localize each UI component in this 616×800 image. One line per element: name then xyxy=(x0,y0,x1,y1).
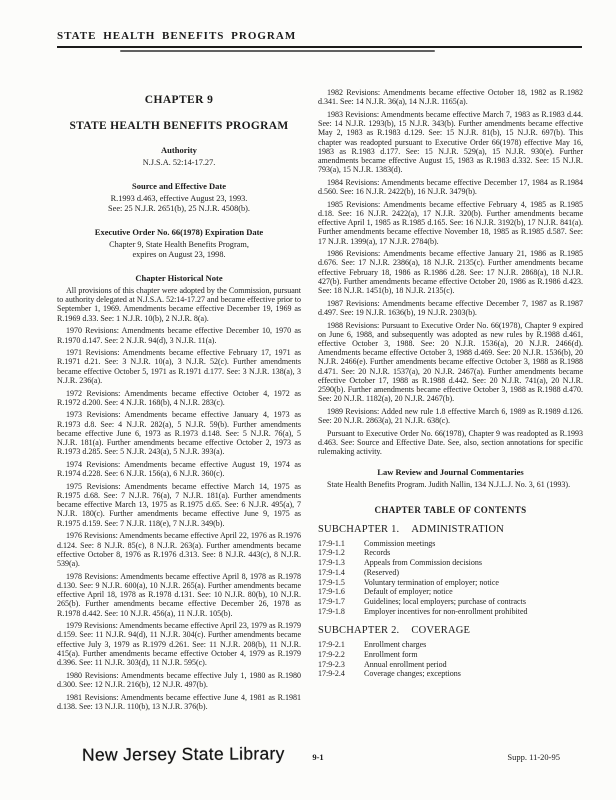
toc-entry-title: Records xyxy=(364,548,583,558)
toc-entry-number: 17:9-2.1 xyxy=(318,640,364,650)
toc-entry-number: 17:9-1.1 xyxy=(318,539,364,549)
toc-entry-title: Guidelines; local employers; purchase of… xyxy=(364,597,583,607)
source-line-1: R.1993 d.463, effective August 23, 1993. xyxy=(57,194,301,204)
toc-entry: 17:9-1.3Appeals from Commission decision… xyxy=(318,558,583,568)
revisions-paragraph-1972: 1972 Revisions: Amendments became effect… xyxy=(57,389,301,407)
left-column: CHAPTER 9 STATE HEALTH BENEFITS PROGRAM … xyxy=(57,86,301,715)
subchapter-1-title: SUBCHAPTER 1.ADMINISTRATION xyxy=(318,524,583,535)
toc-entry: 17:9-1.7Guidelines; local employers; pur… xyxy=(318,597,583,607)
law-review-heading: Law Review and Journal Commentaries xyxy=(318,467,583,477)
revisions-paragraph-1973: 1973 Revisions: Amendments became effect… xyxy=(57,410,301,456)
toc-entry-number: 17:9-1.8 xyxy=(318,607,364,617)
toc-entry: 17:9-1.2Records xyxy=(318,548,583,558)
executive-order-expiration-heading: Executive Order No. 66(1978) Expiration … xyxy=(57,227,301,237)
toc-entry-number: 17:9-1.5 xyxy=(318,578,364,588)
authority-citation: N.J.S.A. 52:14-17.27. xyxy=(57,158,301,168)
toc-entry-title: Enrollment charges xyxy=(364,640,583,650)
revisions-paragraph-1989: 1989 Revisions: Added new rule 1.8 effec… xyxy=(318,407,583,425)
expiration-line-1: Chapter 9, State Health Benefits Program… xyxy=(57,240,301,250)
toc-entry-title: Commission meetings xyxy=(364,539,583,549)
chapter-number-heading: CHAPTER 9 xyxy=(57,94,301,106)
revisions-paragraph-1981: 1981 Revisions: Amendments became effect… xyxy=(57,693,301,711)
right-column: 1982 Revisions: Amendments became effect… xyxy=(318,86,583,715)
toc-entry-title: (Reserved) xyxy=(364,568,583,578)
header-rule xyxy=(57,46,582,48)
toc-entry: 17:9-2.1Enrollment charges xyxy=(318,640,583,650)
toc-entry-number: 17:9-2.2 xyxy=(318,650,364,660)
revisions-paragraph-1980: 1980 Revisions: Amendments became effect… xyxy=(57,671,301,689)
toc-entry: 17:9-2.4Coverage changes; exceptions xyxy=(318,669,583,679)
readoption-paragraph: Pursuant to Executive Order No. 66(1978)… xyxy=(318,429,583,457)
historical-note-paragraph: All provisions of this chapter were adop… xyxy=(57,286,301,323)
toc-entry: 17:9-2.2Enrollment form xyxy=(318,650,583,660)
revisions-paragraph-1979: 1979 Revisions: Amendments became effect… xyxy=(57,621,301,667)
toc-entry: 17:9-1.8Employer incentives for non-enro… xyxy=(318,607,583,617)
revisions-paragraph-1984: 1984 Revisions: Amendments became effect… xyxy=(318,178,583,196)
source-line-2: See: 25 N.J.R. 2651(b), 25 N.J.R. 4508(b… xyxy=(57,204,301,214)
revisions-paragraph-1974: 1974 Revisions: Amendments became effect… xyxy=(57,460,301,478)
toc-entry-title: Employer incentives for non-enrollment p… xyxy=(364,607,583,617)
toc-entry-title: Appeals from Commission decisions xyxy=(364,558,583,568)
subchapter-2-name: COVERAGE xyxy=(411,625,470,636)
toc-entry-number: 17:9-1.4 xyxy=(318,568,364,578)
revisions-paragraph-1985: 1985 Revisions: Amendments became effect… xyxy=(318,200,583,246)
law-review-citation: State Health Benefits Program. Judith Na… xyxy=(318,480,583,489)
toc-entry: 17:9-2.3Annual enrollment period xyxy=(318,660,583,670)
toc-entry-number: 17:9-1.3 xyxy=(318,558,364,568)
toc-entry-number: 17:9-1.2 xyxy=(318,548,364,558)
document-page: STATE HEALTH BENEFITS PROGRAM CHAPTER 9 … xyxy=(0,0,616,800)
toc-entry: 17:9-1.5Voluntary termination of employe… xyxy=(318,578,583,588)
toc-entry-title: Annual enrollment period xyxy=(364,660,583,670)
toc-entry: 17:9-1.4(Reserved) xyxy=(318,568,583,578)
revisions-paragraph-1978: 1978 Revisions: Amendments became effect… xyxy=(57,572,301,618)
chapter-toc-heading: CHAPTER TABLE OF CONTENTS xyxy=(318,505,583,515)
toc-entry-number: 17:9-2.4 xyxy=(318,669,364,679)
revisions-paragraph-1983: 1983 Revisions: Amendments became effect… xyxy=(318,110,583,174)
toc-entry-number: 17:9-2.3 xyxy=(318,660,364,670)
toc-entry: 17:9-1.1Commission meetings xyxy=(318,539,583,549)
chapter-title-heading: STATE HEALTH BENEFITS PROGRAM xyxy=(57,120,301,132)
subchapter-1-name: ADMINISTRATION xyxy=(411,524,504,535)
chapter-historical-note-heading: Chapter Historical Note xyxy=(57,273,301,283)
supplement-date: Supp. 11-20-95 xyxy=(507,752,560,762)
toc-entry-title: Default of employer; notice xyxy=(364,587,583,597)
toc-entry-number: 17:9-1.7 xyxy=(318,597,364,607)
authority-heading: Authority xyxy=(57,145,301,155)
subchapter-1-label: SUBCHAPTER 1. xyxy=(318,524,399,535)
header-rule-smudge xyxy=(120,50,435,52)
revisions-paragraph-1987: 1987 Revisions: Amendments became effect… xyxy=(318,299,583,317)
revisions-paragraph-1970: 1970 Revisions: Amendments became effect… xyxy=(57,326,301,344)
revisions-paragraph-1982: 1982 Revisions: Amendments became effect… xyxy=(318,88,583,106)
revisions-paragraph-1971: 1971 Revisions: Amendments became effect… xyxy=(57,348,301,385)
toc-entry: 17:9-1.6Default of employer; notice xyxy=(318,587,583,597)
subchapter-2-label: SUBCHAPTER 2. xyxy=(318,625,399,636)
toc-entry-number: 17:9-1.6 xyxy=(318,587,364,597)
revisions-paragraph-1988: 1988 Revisions: Pursuant to Executive Or… xyxy=(318,321,583,404)
revisions-paragraph-1975: 1975 Revisions: Amendments became effect… xyxy=(57,482,301,528)
revisions-paragraph-1976: 1976 Revisions: Amendments became effect… xyxy=(57,531,301,568)
running-header-title: STATE HEALTH BENEFITS PROGRAM xyxy=(57,30,296,42)
toc-entry-title: Enrollment form xyxy=(364,650,583,660)
two-column-body: CHAPTER 9 STATE HEALTH BENEFITS PROGRAM … xyxy=(57,86,583,715)
expiration-line-2: expires on August 23, 1998. xyxy=(57,250,301,260)
toc-entry-title: Coverage changes; exceptions xyxy=(364,669,583,679)
subchapter-2-title: SUBCHAPTER 2.COVERAGE xyxy=(318,625,583,636)
source-effective-date-heading: Source and Effective Date xyxy=(57,181,301,191)
revisions-paragraph-1986: 1986 Revisions: Amendments became effect… xyxy=(318,249,583,295)
toc-entry-title: Voluntary termination of employer; notic… xyxy=(364,578,583,588)
